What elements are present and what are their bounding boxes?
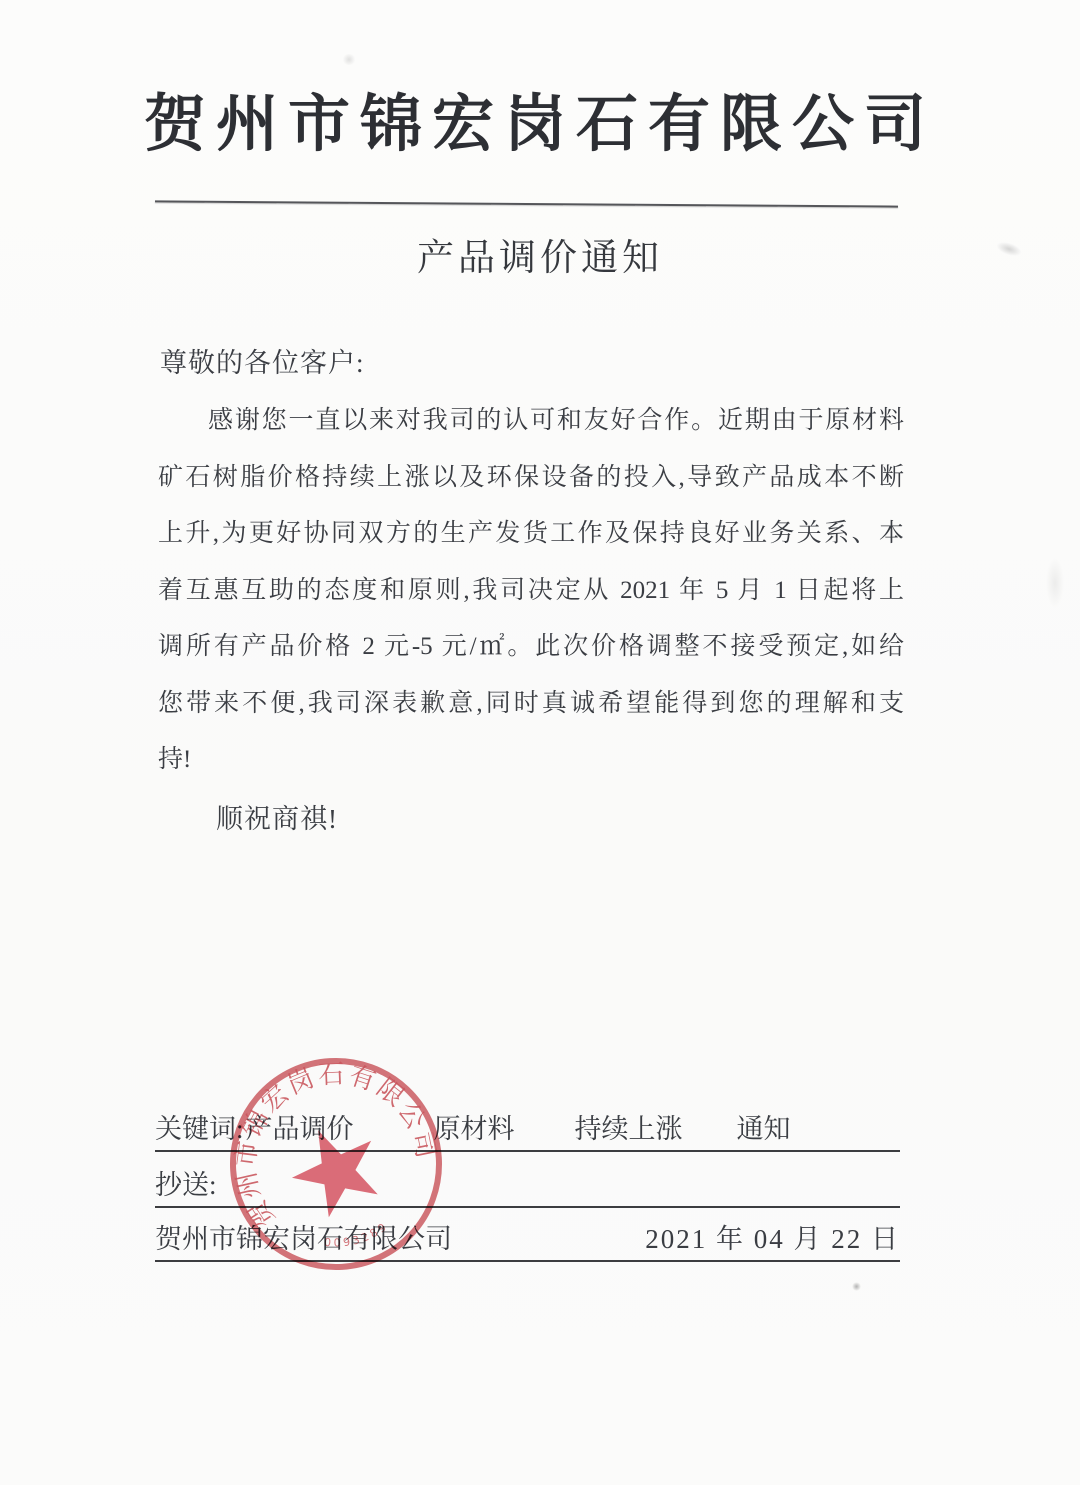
scan-artifact: [1046, 558, 1064, 608]
cc-row: 抄送:: [155, 1156, 900, 1208]
keyword-item: 产品调价: [246, 1107, 354, 1146]
scan-artifact: [342, 54, 356, 65]
signature-company: 贺州市锦宏岗石有限公司: [155, 1217, 452, 1256]
signature-date: 2021 年 04 月 22 日: [645, 1217, 900, 1256]
body-line: 调所有产品价格 2 元-5 元/㎡。此次价格调整不接受预定,如给: [158, 627, 904, 684]
keyword-item: 原材料: [434, 1107, 515, 1146]
title-divider: [155, 200, 898, 207]
body-paragraph: 感谢您一直以来对我司的认可和友好合作。近期由于原材料 矿石树脂价格持续上涨以及环…: [158, 401, 904, 797]
signature-row: 贺州市锦宏岗石有限公司 2021 年 04 月 22 日: [155, 1210, 900, 1262]
body-line: 持!: [158, 740, 904, 797]
salutation: 尊敬的各位客户:: [160, 341, 365, 380]
body-line: 矿石树脂价格持续上涨以及环保设备的投入,导致产品成本不断: [158, 458, 904, 515]
keyword-item: 通知: [737, 1107, 791, 1146]
body-line: 着互惠互助的态度和原则,我司决定从 2021 年 5 月 1 日起将上: [158, 571, 904, 628]
body-line: 上升,为更好协同双方的生产发货工作及保持良好业务关系、本: [158, 514, 904, 571]
cc-label: 抄送:: [155, 1163, 217, 1202]
body-line: 感谢您一直以来对我司的认可和友好合作。近期由于原材料: [158, 401, 904, 458]
keywords-row: 关键词: 产品调价 原材料 持续上涨 通知: [155, 1100, 900, 1152]
keyword-item: 持续上涨: [575, 1107, 683, 1146]
document-page: 贺州市锦宏岗石有限公司 产品调价通知 尊敬的各位客户: 感谢您一直以来对我司的认…: [0, 0, 1080, 1485]
company-title: 贺州市锦宏岗石有限公司: [0, 74, 1080, 163]
closing-line: 顺祝商祺!: [216, 797, 338, 836]
keywords-label: 关键词:: [155, 1107, 244, 1146]
body-line: 您带来不便,我司深表歉意,同时真诚希望能得到您的理解和支: [158, 684, 904, 741]
notice-title: 产品调价通知: [0, 227, 1080, 281]
scan-artifact: [852, 1282, 861, 1291]
